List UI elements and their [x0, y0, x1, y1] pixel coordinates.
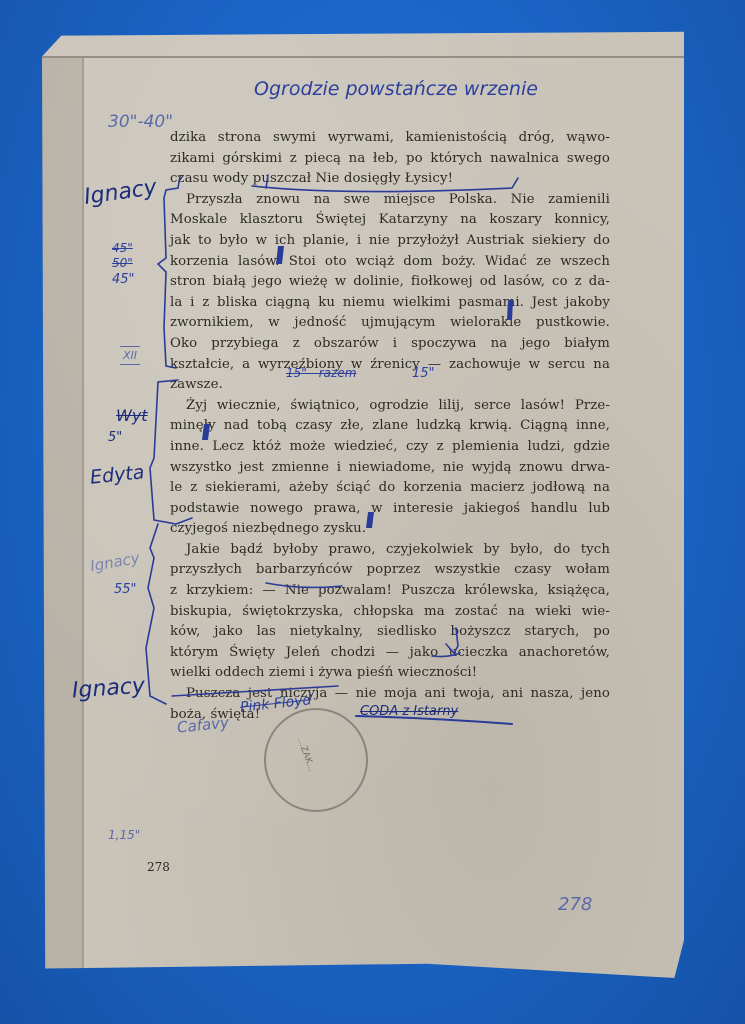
margin-roman-numeral: XII [120, 346, 140, 365]
margin-timing-struck-2: 50" [112, 256, 133, 270]
margin-timing-55: 55" [114, 582, 137, 597]
bottom-note-struck-coda: CODA z Istarny [360, 704, 458, 719]
text-line: wszystko jest zmienne i niewiadome, nie … [170, 458, 610, 479]
stamp-text: ...ZAK... [295, 737, 317, 774]
text-line: zikami górskimi z piecą na łeb, po który… [170, 149, 610, 170]
margin-name-ignacy: Ignacy [83, 175, 159, 210]
text-line: którym Święty Jeleń chodzi — jako uciecz… [170, 643, 610, 664]
text-line: korzenia lasów. Stoi oto wciąż dom boży.… [170, 252, 610, 273]
margin-timing-5: 5" [108, 430, 122, 445]
handwritten-heading: Ogrodzie powstańcze wrzenie [254, 78, 538, 100]
text-line: Oko przybiega z obszarów i spoczywa na j… [170, 334, 610, 355]
margin-timing-bottom: 1,15" [108, 828, 140, 842]
text-line: kształcie, a wyrzeźbiony w źrenicy — zac… [170, 355, 610, 376]
margin-name-wyt: Wyt [116, 406, 148, 425]
text-line: ków, jako las nietykalny, siedlisko boży… [170, 622, 610, 643]
text-line: wielki oddech ziemi i żywa pieśń wieczno… [170, 663, 610, 684]
handwritten-page-number: 278 [558, 894, 592, 915]
text-line: biskupia, świętokrzyska, chłopska ma zos… [170, 602, 610, 623]
text-line: zwornikiem, w jedność ujmującym wielorak… [170, 313, 610, 334]
page-left-margin-shadow [42, 58, 82, 978]
text-line: Moskale klasztoru Świętej Katarzyny na k… [170, 210, 610, 231]
scanned-page: Ogrodzie powstańcze wrzenie 30"-40" dzik… [42, 28, 684, 978]
text-line: dzika strona swymi wyrwami, kamienistośc… [170, 128, 610, 149]
inline-note-struck: 15" - razem [286, 366, 356, 380]
text-line: stron białą jego wieżę w dolinie, fiołko… [170, 272, 610, 293]
text-line: minęły nad tobą czasy złe, zlane ludzką … [170, 416, 610, 437]
text-line: zawsze. [170, 375, 610, 396]
text-line: Przyszła znowu na swe miejsce Polska. Ni… [170, 190, 610, 211]
top-fold-line [42, 56, 684, 58]
text-line: inne. Lecz któż może wiedzieć, czy z ple… [170, 437, 610, 458]
printed-page-number: 278 [147, 860, 170, 874]
printed-text-block: dzika strona swymi wyrwami, kamienistośc… [170, 128, 610, 725]
margin-timing-top: 30"-40" [108, 112, 173, 132]
text-line: Żyj wiecznie, świątnico, ogrodzie lilij,… [170, 396, 610, 417]
margin-name-faint: Ignacy [89, 549, 141, 575]
margin-name-edyta: Edyta [89, 461, 145, 489]
text-line: podstawie nowego prawa, w interesie jaki… [170, 499, 610, 520]
text-line: czyjegoś niezbędnego zysku. [170, 519, 610, 540]
text-line: czasu wody puszczał Nie dosięgły Łysicy! [170, 169, 610, 190]
bottom-note-cafavy: Cafavy [176, 713, 230, 736]
margin-name-ignacy-bottom: Ignacy [71, 673, 146, 703]
text-line: Puszcza jest niczyja — nie moja ani twoj… [170, 684, 610, 705]
inline-note-timing: 15" [412, 366, 435, 381]
margin-timing-struck-1: 45" [112, 241, 133, 255]
text-line: la i z bliska ciągną ku niemu wielkimi p… [170, 293, 610, 314]
circular-stamp: ...ZAK... [264, 708, 368, 812]
text-line: z krzykiem: — Nie pozwalam! Puszcza król… [170, 581, 610, 602]
margin-timing-45: 45" [112, 272, 135, 287]
text-line: jak to było w ich planie, i nie przyłoży… [170, 231, 610, 252]
text-line: Jakie bądź byłoby prawo, czyjekolwiek by… [170, 540, 610, 561]
text-line: le z siekierami, ażeby ściąć do korzenia… [170, 478, 610, 499]
text-line: przyszłych barbarzyńców poprzez wszystki… [170, 560, 610, 581]
